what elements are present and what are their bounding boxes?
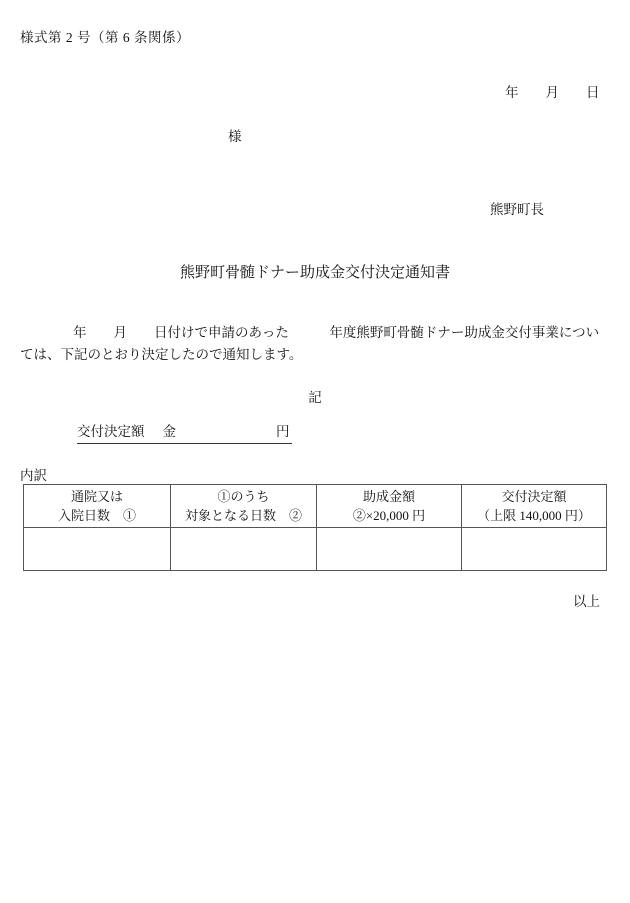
sender-title: 熊野町長 (490, 198, 544, 218)
amount-unit: 円 (276, 424, 290, 439)
body-line-1: 年 月 日付けで申請のあった 年度熊野町骨髄ドナー助成金交付事業につい (20, 322, 612, 344)
header-cell-line: 助成金額 (317, 487, 461, 506)
table-header-row: 通院又は 入院日数 ① ①のうち 対象となる日数 ② 助成金額 ②×20,000… (24, 485, 607, 528)
header-cell-subsidy-amount: 助成金額 ②×20,000 円 (317, 485, 462, 528)
header-cell-line: 入院日数 ① (24, 506, 170, 525)
table-cell-eligible-days (171, 528, 317, 571)
table-cell-days (24, 528, 171, 571)
amount-prefix: 金 (163, 424, 177, 439)
document-page: 様式第 2 号（第 6 条関係） 年 月 日 様 熊野町長 熊野町骨髄ドナー助成… (0, 0, 630, 903)
closing-marker: 以上 (573, 590, 600, 610)
record-marker: 記 (0, 386, 630, 406)
header-cell-line: 対象となる日数 ② (171, 506, 316, 525)
header-cell-eligible-days: ①のうち 対象となる日数 ② (171, 485, 317, 528)
header-cell-line: ②×20,000 円 (317, 506, 461, 525)
table-cell-subsidy-amount (317, 528, 462, 571)
amount-label: 交付決定額 (77, 424, 145, 439)
body-paragraph: 年 月 日付けで申請のあった 年度熊野町骨髄ドナー助成金交付事業につい ては、下… (20, 322, 612, 366)
form-number: 様式第 2 号（第 6 条関係） (20, 26, 190, 46)
date-line: 年 月 日 (505, 81, 600, 101)
header-cell-days: 通院又は 入院日数 ① (24, 485, 171, 528)
table-row (24, 528, 607, 571)
addressee-suffix: 様 (228, 125, 242, 145)
breakdown-table: 通院又は 入院日数 ① ①のうち 対象となる日数 ② 助成金額 ②×20,000… (23, 484, 607, 571)
table-cell-decided-amount (462, 528, 607, 571)
header-cell-line: （上限 140,000 円） (462, 506, 606, 525)
header-cell-line: 通院又は (24, 487, 170, 506)
document-title: 熊野町骨髄ドナー助成金交付決定通知書 (0, 261, 630, 282)
body-line-2: ては、下記のとおり決定したので通知します。 (20, 344, 612, 366)
header-cell-decided-amount: 交付決定額 （上限 140,000 円） (462, 485, 607, 528)
header-cell-line: ①のうち (171, 487, 316, 506)
amount-line: 交付決定額金円 (77, 420, 292, 444)
header-cell-line: 交付決定額 (462, 487, 606, 506)
breakdown-label: 内訳 (20, 464, 47, 484)
